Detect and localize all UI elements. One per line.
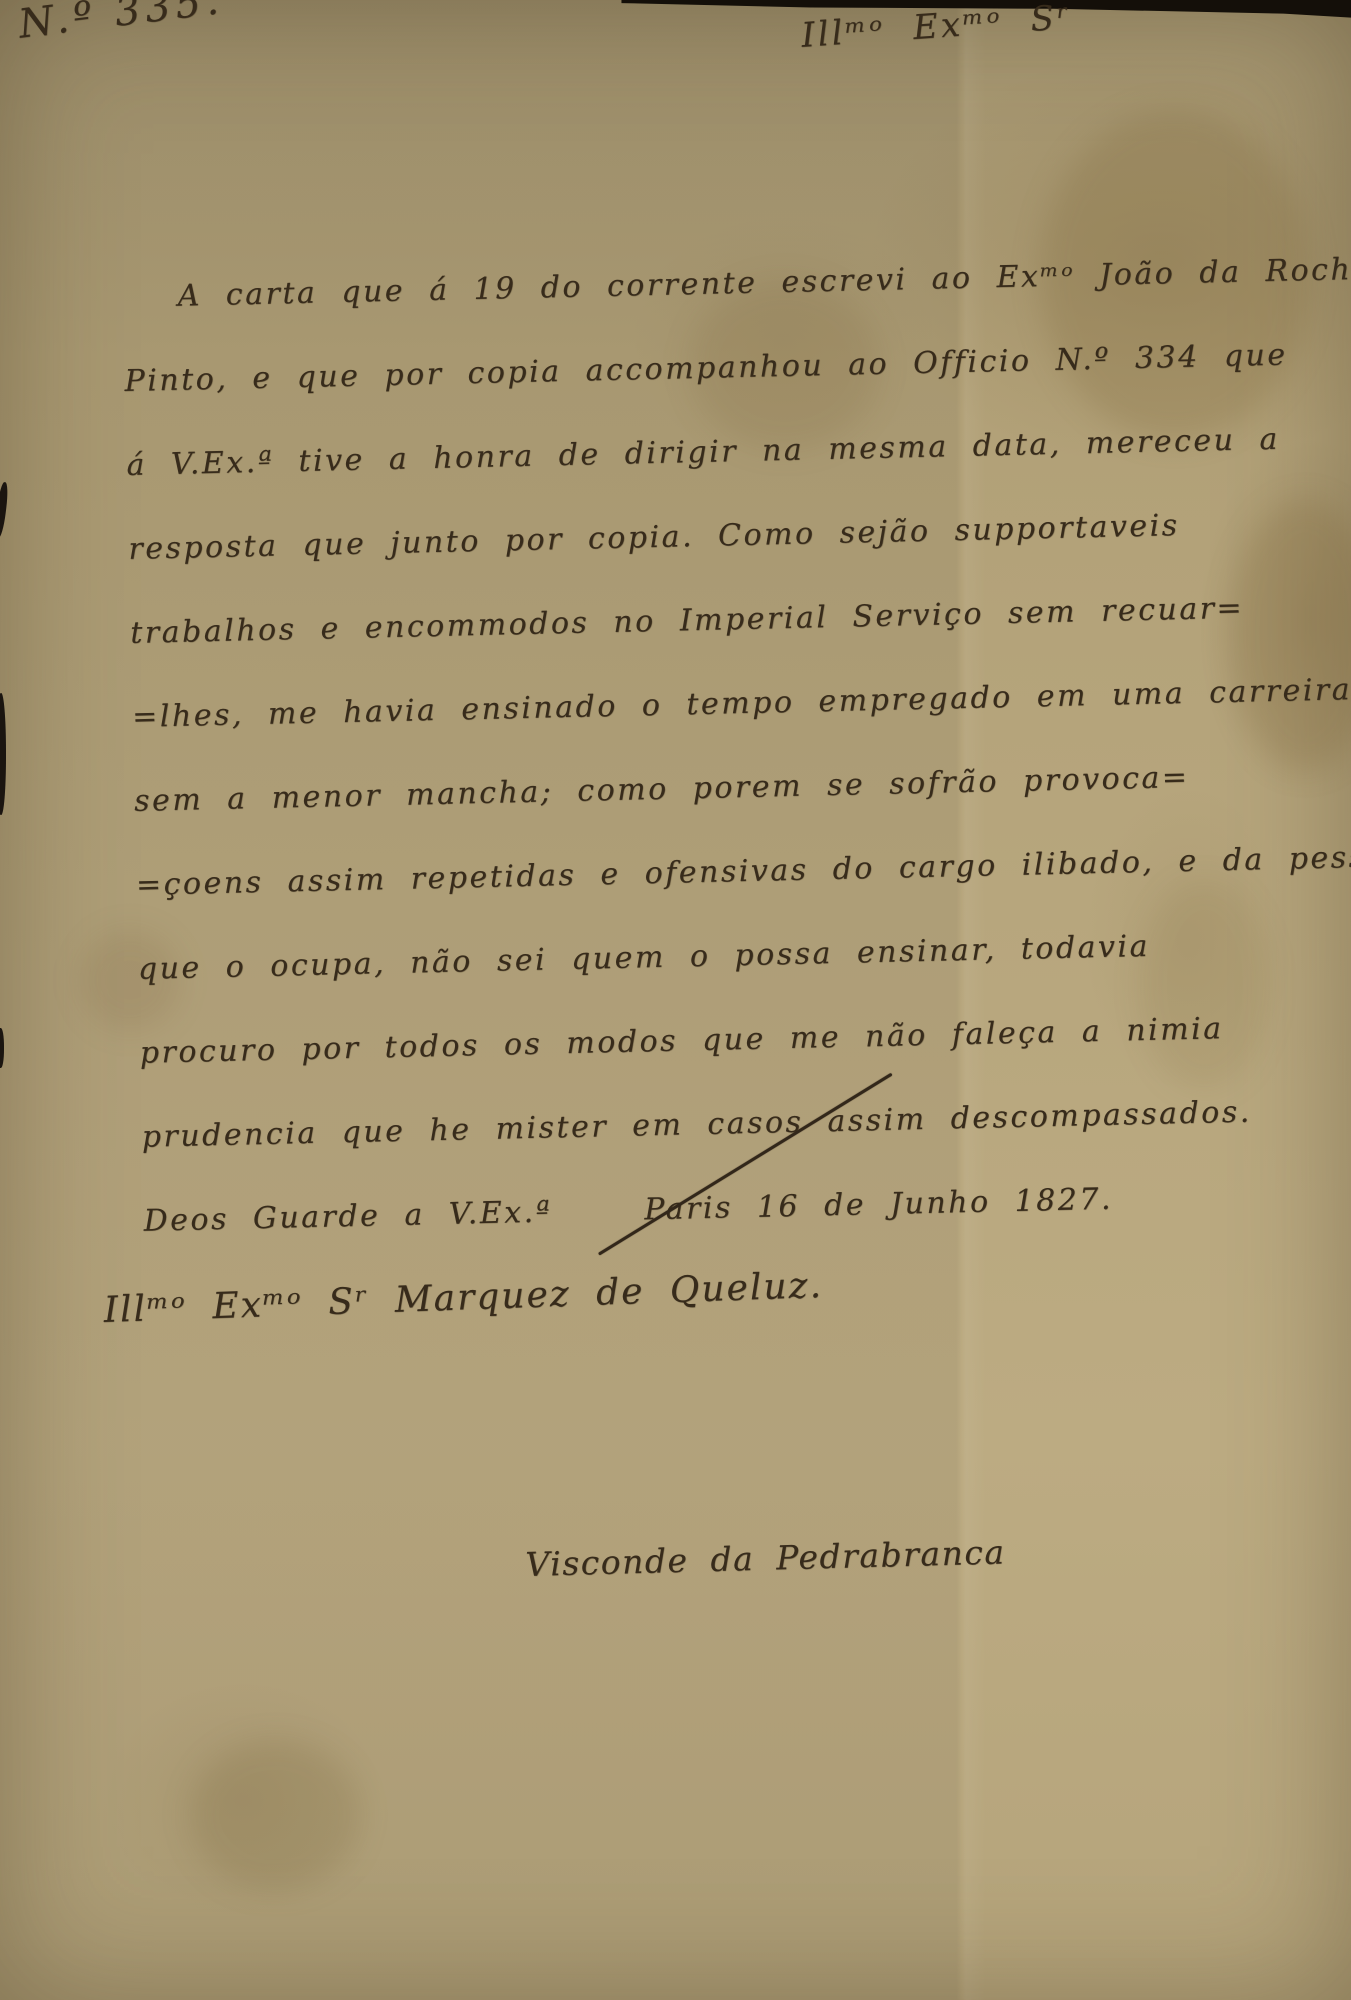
binding-nick: [0, 693, 6, 815]
signature: Visconde da Pedrabranca: [525, 1532, 1006, 1584]
binding-nick: [0, 1028, 4, 1068]
letter-body: A carta que á 19 do corrente escrevi ao …: [122, 241, 1351, 1276]
paper-stain: [190, 1740, 360, 1890]
letter-page: N.º 335. Illᵐᵒ Exᵐᵒ Sʳ A carta que á 19 …: [0, 0, 1351, 2000]
salutation: Illᵐᵒ Exᵐᵒ Sʳ: [800, 0, 1073, 56]
binding-nick: [0, 482, 9, 539]
document-number: N.º 335.: [16, 0, 226, 48]
addressee-line: Illᵐᵒ Exᵐᵒ Sʳ Marquez de Queluz.: [103, 1265, 824, 1331]
valediction: Deos Guarde a V.Ex.ª: [143, 1182, 554, 1275]
